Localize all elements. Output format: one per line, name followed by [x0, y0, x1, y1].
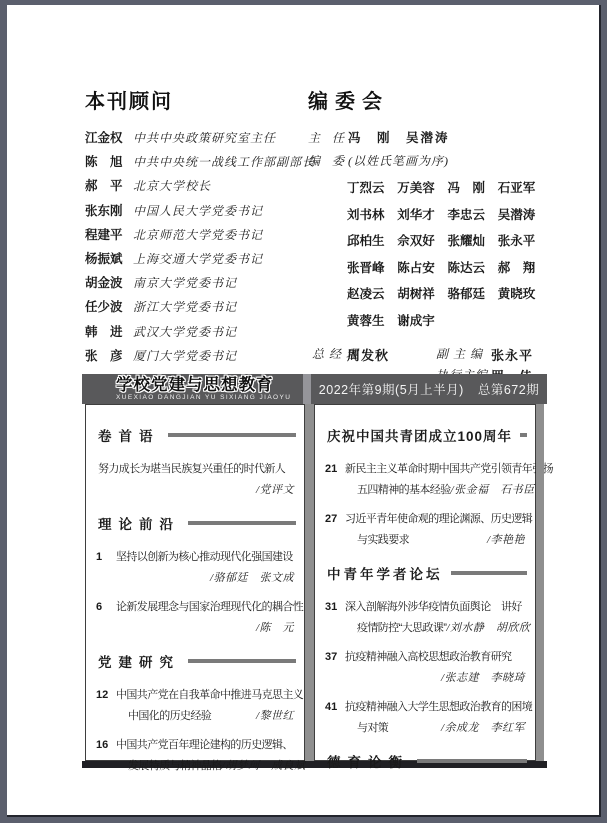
member-row: 黄蓉生 谢成宇 [347, 311, 548, 329]
journal-title-pinyin: XUEXIAO DANGJIAN YU SIXIANG JIAOYU [116, 394, 303, 401]
advisor-row: 张 彦 厦门大学党委书记 [85, 346, 320, 370]
advisor-affiliation: 中共中央政策研究室主任 [133, 129, 276, 146]
journal-title: 学校党建与思想教育 [116, 376, 303, 394]
board-director-label: 主 任 [308, 129, 348, 146]
toc-article: 6 论新发展理念与国家治理现代化的耦合性 /陈 元 [96, 597, 296, 639]
article-title: 新民主主义革命时期中国共产党引领青年弘扬 [345, 459, 553, 480]
article-page-number: 12 [96, 685, 116, 706]
advisor-affiliation: 浙江大学党委书记 [133, 298, 237, 315]
advisor-name: 任少波 [85, 297, 133, 315]
member-name: 黄蓉生 [347, 311, 397, 329]
advisor-name: 陈 旭 [85, 152, 133, 170]
article-title-cont [325, 668, 357, 689]
article-title-cont: 疫情防控“大思政课” [325, 618, 446, 639]
article-authors: /陈 元 [128, 618, 296, 639]
board-director-row: 主 任 冯 刚 吴潜涛 [308, 128, 548, 152]
advisor-affiliation: 上海交通大学党委书记 [133, 250, 263, 267]
member-name: 李忠云 [448, 205, 498, 223]
article-title-cont: 与实践要求 [325, 530, 409, 551]
advisor-row: 张东刚 中国人民大学党委书记 [85, 201, 320, 225]
article-page-number: 6 [96, 597, 116, 618]
board-heading: 编委会 [308, 85, 548, 114]
advisor-row: 江金权 中共中央政策研究室主任 [85, 128, 320, 152]
magazine-page-sheet: 本刊顾问 江金权 中共中央政策研究室主任 陈 旭 中共中央统一战线工作部副部长 … [7, 5, 601, 817]
advisor-name: 张 彦 [85, 346, 133, 364]
section-rule [417, 759, 527, 763]
article-title: 中国共产党在自我革命中推进马克思主义 [116, 685, 303, 706]
advisor-affiliation: 北京师范大学党委书记 [133, 226, 263, 243]
article-authors: /张志建 李晓琦 [357, 668, 527, 689]
member-name: 冯 刚 [448, 178, 498, 196]
section-header: 理论前沿 [98, 513, 296, 533]
member-name: 郝 翔 [498, 258, 548, 276]
member-name: 张耀灿 [448, 231, 498, 249]
toc-article: 努力成长为堪当民族复兴重任的时代新人 /党评文 [96, 459, 296, 501]
advisor-row: 胡金波 南京大学党委书记 [85, 273, 320, 297]
board-member-grid: 丁烈云 万美容 冯 刚 石亚军 刘书林 刘华才 李忠云 吴潜涛 邱柏生 佘双好 … [347, 178, 548, 329]
advisor-name: 张东刚 [85, 201, 133, 219]
member-name: 骆郁廷 [448, 284, 498, 302]
member-name: 刘书林 [347, 205, 397, 223]
advisor-row: 韩 进 武汉大学党委书记 [85, 322, 320, 346]
section-header: 庆祝中国共青团成立100周年 [327, 425, 527, 445]
article-authors: /党评文 [128, 480, 296, 501]
member-name: 赵凌云 [347, 284, 397, 302]
article-authors: /李艳艳 [409, 530, 527, 551]
board-directors: 冯 刚 吴潜涛 [348, 128, 450, 146]
article-title: 坚持以创新为核心推动现代化强国建设 [116, 547, 293, 568]
member-name [448, 311, 498, 329]
section-title: 中青年学者论坛 [327, 563, 443, 583]
board-members-label: 编 委 [308, 152, 348, 169]
advisor-affiliation: 武汉大学党委书记 [133, 323, 237, 340]
toc-masthead-bar: 学校党建与思想教育 XUEXIAO DANGJIAN YU SIXIANG JI… [82, 374, 547, 404]
editorial-board-section: 编委会 主 任 冯 刚 吴潜涛 编 委 (以姓氏笔画为序) 丁烈云 万美容 冯 … [308, 85, 548, 409]
staff-name: 张永平 [491, 345, 533, 364]
member-name: 吴潜涛 [498, 205, 548, 223]
article-page-number: 37 [325, 647, 345, 668]
section-title: 卷首语 [98, 425, 160, 445]
article-page-number: 31 [325, 597, 345, 618]
advisor-name: 胡金波 [85, 273, 133, 291]
advisors-section: 本刊顾问 江金权 中共中央政策研究室主任 陈 旭 中共中央统一战线工作部副部长 … [85, 85, 320, 370]
article-title: 中国共产党百年理论建构的历史逻辑、 [116, 735, 293, 756]
article-title: 努力成长为堪当民族复兴重任的时代新人 [98, 459, 285, 480]
member-name: 万美容 [397, 178, 447, 196]
member-row: 赵凌云 胡树祥 骆郁廷 黄晓玫 [347, 284, 548, 302]
section-rule [168, 433, 297, 437]
staff-row: 总 经 理 周发秋 副 主 编 张永平 [308, 345, 548, 367]
section-title: 理论前沿 [98, 513, 180, 533]
article-title-cont: 五四精神的基本经验 [325, 480, 451, 501]
article-page-number: 1 [96, 547, 116, 568]
toc-left-panel: 卷首语 努力成长为堪当民族复兴重任的时代新人 /党评文 理论前沿 [85, 404, 305, 761]
member-name: 胡树祥 [397, 284, 447, 302]
member-name: 刘华才 [397, 205, 447, 223]
member-row: 丁烈云 万美容 冯 刚 石亚军 [347, 178, 548, 196]
article-title-cont [96, 618, 128, 639]
section-rule [520, 433, 527, 437]
issue-info: 2022年第9期(5月上半月) 总第672期 [311, 374, 547, 404]
section-title: 党建研究 [98, 651, 180, 671]
section-rule [451, 571, 528, 575]
advisor-affiliation: 南京大学党委书记 [133, 274, 237, 291]
advisor-row: 杨振斌 上海交通大学党委书记 [85, 249, 320, 273]
toc-article: 27 习近平青年使命观的理论渊源、历史逻辑 与实践要求 /李艳艳 [325, 509, 527, 551]
section-header: 卷首语 [98, 425, 296, 445]
member-name [498, 311, 548, 329]
toc-article: 31 深入剖解海外涉华疫情负面舆论 讲好 疫情防控“大思政课” /刘水静 胡欣欣 [325, 597, 527, 639]
panel-divider-strip [305, 404, 314, 761]
article-authors: /骆郁廷 张文成 [128, 568, 296, 589]
section-rule [188, 521, 296, 525]
advisor-name: 韩 进 [85, 322, 133, 340]
advisor-name: 江金权 [85, 128, 133, 146]
article-title: 抗疫精神融入高校思想政治教育研究 [345, 647, 511, 668]
journal-page: { "advisors": { "heading": "本刊顾问", "item… [0, 0, 607, 823]
article-authors: /黎世红 [211, 706, 296, 727]
member-name: 陈占安 [397, 258, 447, 276]
member-name: 佘双好 [397, 231, 447, 249]
member-name: 张永平 [498, 231, 548, 249]
member-name: 谢成宇 [397, 311, 447, 329]
advisor-row: 郝 平 北京大学校长 [85, 176, 320, 200]
section-title: 德育论衡 [327, 751, 409, 771]
advisor-name: 郝 平 [85, 176, 133, 194]
article-page-number: 41 [325, 697, 345, 718]
member-name: 陈达云 [448, 258, 498, 276]
journal-title-area: 学校党建与思想教育 XUEXIAO DANGJIAN YU SIXIANG JI… [82, 374, 303, 404]
section-header: 党建研究 [98, 651, 296, 671]
advisor-affiliation: 北京大学校长 [133, 177, 211, 194]
article-title: 论新发展理念与国家治理现代化的耦合性 [116, 597, 303, 618]
toc-article: 41 抗疫精神融入大学生思想政治教育的困境 与对策 /余成龙 李红军 [325, 697, 527, 739]
article-authors: /余成龙 李红军 [388, 718, 527, 739]
masthead-divider [303, 374, 311, 404]
article-page-number: 16 [96, 735, 116, 756]
article-title-cont [96, 568, 128, 589]
article-title-cont [96, 480, 128, 501]
advisor-affiliation: 中共中央统一战线工作部副部长 [133, 153, 315, 170]
article-authors: /胡梦珂 成良斌 [222, 756, 308, 777]
staff-label: 副 主 编 [436, 345, 483, 362]
toc-article: 16 中国共产党百年理论建构的历史逻辑、 发展特质与精神品格 /胡梦珂 成良斌 [96, 735, 296, 777]
member-row: 邱柏生 佘双好 张耀灿 张永平 [347, 231, 548, 249]
toc-right-panel: 庆祝中国共青团成立100周年 21 新民主主义革命时期中国共产党引领青年弘扬 五… [314, 404, 536, 761]
article-title: 深入剖解海外涉华疫情负面舆论 讲好 [345, 597, 522, 618]
volume-number: 总第672期 [478, 380, 539, 398]
article-title: 习近平青年使命观的理论渊源、历史逻辑 [345, 509, 532, 530]
advisor-name: 程建平 [85, 225, 133, 243]
section-title: 庆祝中国共青团成立100周年 [327, 425, 512, 445]
section-rule [188, 659, 296, 663]
member-name: 邱柏生 [347, 231, 397, 249]
article-authors: /张金福 石书臣 [451, 480, 537, 501]
toc-article: 1 坚持以创新为核心推动现代化强国建设 /骆郁廷 张文成 [96, 547, 296, 589]
member-name: 石亚军 [498, 178, 548, 196]
panel-edge-strip [536, 404, 544, 761]
article-page-number: 21 [325, 459, 345, 480]
section-header: 德育论衡 [327, 751, 527, 771]
member-name: 黄晓玫 [498, 284, 548, 302]
member-row: 刘书林 刘华才 李忠云 吴潜涛 [347, 205, 548, 223]
member-name: 丁烈云 [347, 178, 397, 196]
section-header: 中青年学者论坛 [327, 563, 527, 583]
board-members-label-row: 编 委 (以姓氏笔画为序) [308, 152, 548, 176]
article-title-cont: 与对策 [325, 718, 388, 739]
toc-article: 37 抗疫精神融入高校思想政治教育研究 /张志建 李晓琦 [325, 647, 527, 689]
board-members-note: (以姓氏笔画为序) [348, 152, 449, 169]
article-title-cont: 发展特质与精神品格 [96, 756, 222, 777]
article-title: 抗疫精神融入大学生思想政治教育的困境 [345, 697, 532, 718]
advisor-row: 程建平 北京师范大学党委书记 [85, 225, 320, 249]
toc-article: 12 中国共产党在自我革命中推进马克思主义 中国化的历史经验 /黎世红 [96, 685, 296, 727]
staff-name: 周发秋 [347, 345, 389, 364]
article-title-cont: 中国化的历史经验 [96, 706, 211, 727]
article-authors: /刘水静 胡欣欣 [446, 618, 532, 639]
advisor-row: 陈 旭 中共中央统一战线工作部副部长 [85, 152, 320, 176]
toc-block: 学校党建与思想教育 XUEXIAO DANGJIAN YU SIXIANG JI… [82, 374, 547, 768]
member-row: 张晋峰 陈占安 陈达云 郝 翔 [347, 258, 548, 276]
advisor-name: 杨振斌 [85, 249, 133, 267]
advisor-affiliation: 厦门大学党委书记 [133, 347, 237, 364]
article-page-number: 27 [325, 509, 345, 530]
advisor-affiliation: 中国人民大学党委书记 [133, 202, 263, 219]
advisor-row: 任少波 浙江大学党委书记 [85, 297, 320, 321]
member-name: 张晋峰 [347, 258, 397, 276]
issue-number: 2022年第9期(5月上半月) [319, 380, 464, 398]
advisors-heading: 本刊顾问 [85, 85, 320, 114]
toc-body: 卷首语 努力成长为堪当民族复兴重任的时代新人 /党评文 理论前沿 [82, 404, 547, 761]
toc-article: 21 新民主主义革命时期中国共产党引领青年弘扬 五四精神的基本经验 /张金福 石… [325, 459, 527, 501]
